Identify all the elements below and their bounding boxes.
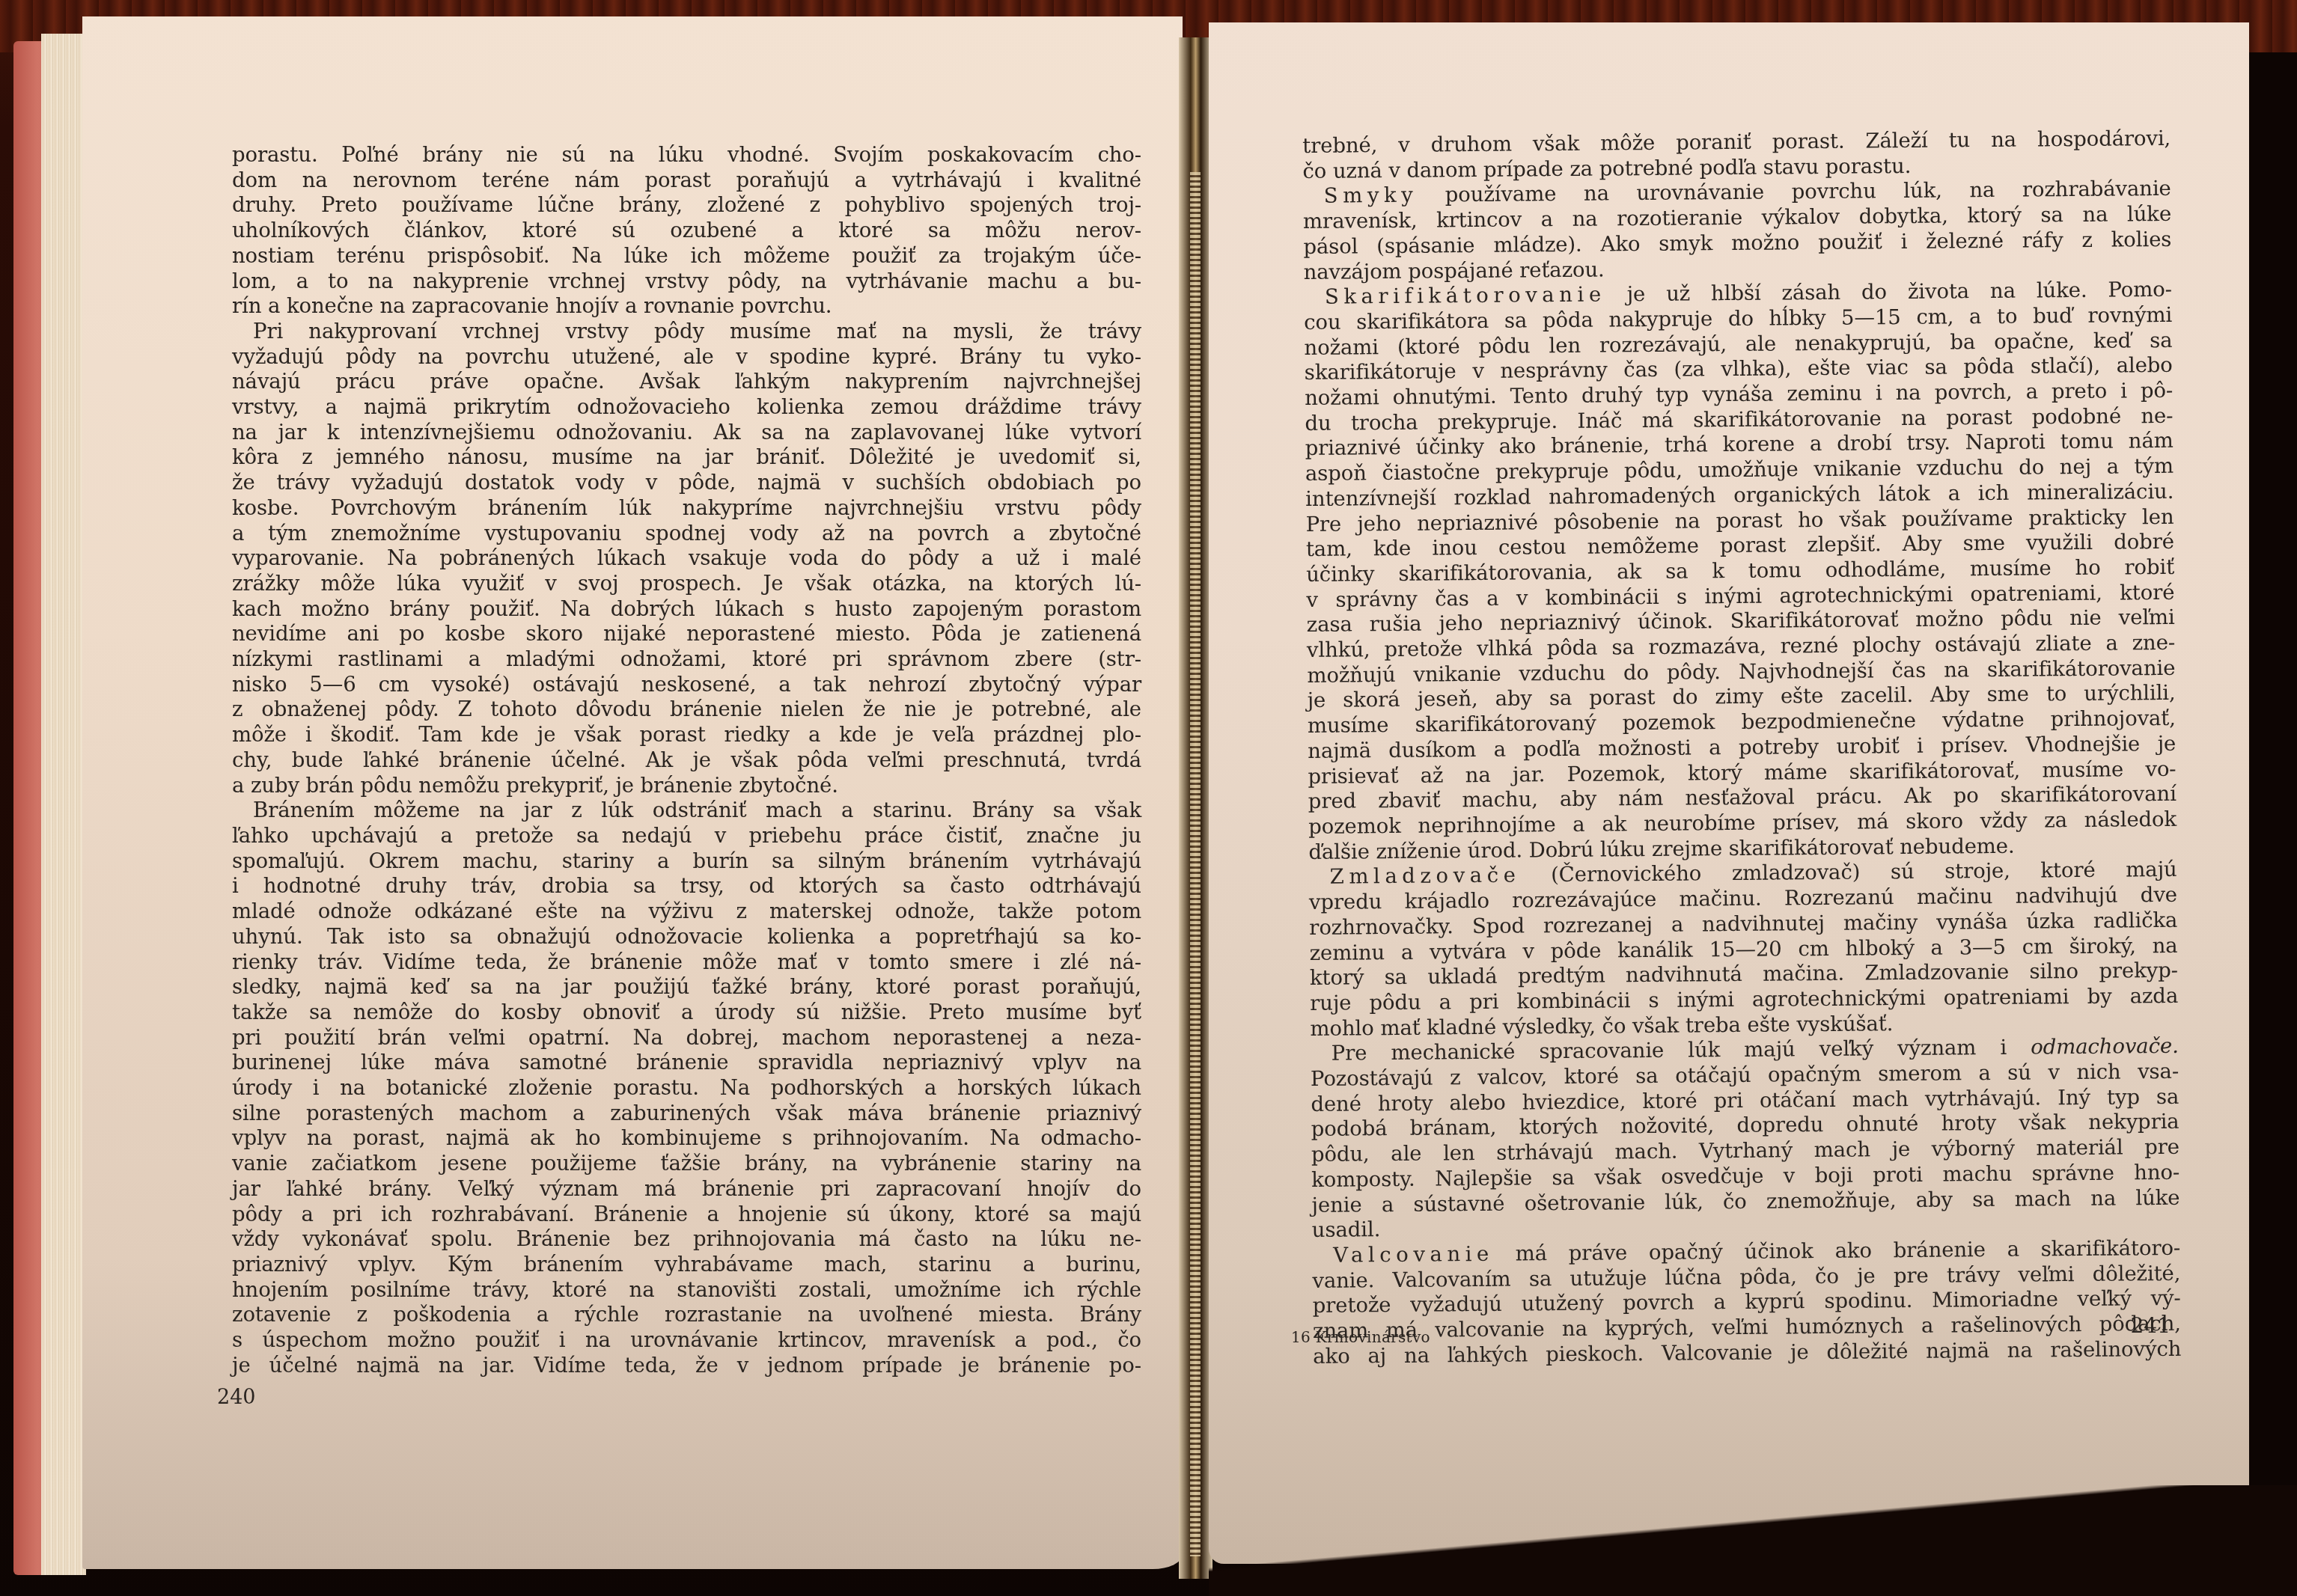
line-text: vanie začiatkom jesene použijeme ťažšie … <box>232 1151 1141 1175</box>
text-line: pôdy a pri ich rozhrabávaní. Bránenie a … <box>232 1202 1141 1227</box>
text-line: vanie začiatkom jesene použijeme ťažšie … <box>232 1151 1141 1176</box>
text-line: zotavenie z poškodenia a rýchle rozrasta… <box>232 1302 1141 1327</box>
line-text: druhy. Preto používame lúčne brány, zlož… <box>232 192 1141 217</box>
line-text: je už hlbší zásah do života na lúke. Pom… <box>1606 277 2172 307</box>
line-text: rienky tráv. Vidíme teda, že bránenie mô… <box>232 950 1141 974</box>
text-line: rín a konečne na zapracovanie hnojív a r… <box>232 293 1141 319</box>
line-text: lom, a to na nakyprenie vrchnej vrstvy p… <box>232 269 1141 293</box>
line-text: zrážky môže lúka využiť v svoj prospech.… <box>232 571 1141 596</box>
line-text: že trávy vyžadujú dostatok vody v pôde, … <box>232 470 1141 495</box>
line-text: nisko 5—6 cm vysoké) ostávajú neskosené,… <box>232 672 1141 697</box>
line-text: burinenej lúke máva samotné bránenie spr… <box>232 1050 1141 1074</box>
line-text: na jar k intenzívnejšiemu odnožovaniu. A… <box>232 420 1141 444</box>
line-text: a tým znemožníme vystupovaniu spodnej vo… <box>232 521 1141 545</box>
text-line: že trávy vyžadujú dostatok vody v pôde, … <box>232 470 1141 495</box>
page-number-left: 240 <box>217 1386 256 1409</box>
line-text: uhynú. Tak isto sa obnažujú odnožovacie … <box>232 924 1141 949</box>
page-stack-edges <box>41 34 86 1575</box>
text-line: je účelné najmä na jar. Vidíme teda, že … <box>232 1353 1141 1378</box>
text-line: nisko 5—6 cm vysoké) ostávajú neskosené,… <box>232 672 1141 697</box>
text-line: porastu. Poľné brány nie sú na lúku vhod… <box>232 142 1141 168</box>
line-text: kôra z jemného nánosu, musíme na jar brá… <box>232 444 1141 469</box>
line-text: porastu. Poľné brány nie sú na lúku vhod… <box>232 142 1141 167</box>
right-page: trebné, v druhom však môže poraniť poras… <box>1209 22 2249 1564</box>
line-text: môže i škodiť. Tam kde je však porast ri… <box>232 722 1141 747</box>
text-line: burinenej lúke máva samotné bránenie spr… <box>232 1050 1141 1075</box>
line-text: priaznivý vplyv. Kým bránením vyhrabávam… <box>232 1252 1141 1277</box>
right-page-body: trebné, v druhom však môže poraniť poras… <box>1302 126 2181 1369</box>
line-text: vplyv na porast, najmä ak ho kombinujeme… <box>232 1125 1141 1150</box>
text-line: silne porastených machom a zaburinených … <box>232 1101 1141 1126</box>
page-number-right: 241 <box>2131 1313 2171 1338</box>
text-line: Pri nakyprovaní vrchnej vrstvy pôdy musí… <box>232 319 1141 344</box>
background-shadow <box>2249 52 2297 1596</box>
line-text: jar ľahké brány. Veľký význam má bráneni… <box>232 1176 1141 1201</box>
text-line: lom, a to na nakyprenie vrchnej vrstvy p… <box>232 269 1141 294</box>
text-line: pri použití brán veľmi opatrní. Na dobre… <box>232 1025 1141 1051</box>
text-line: uhynú. Tak isto sa obnažujú odnožovacie … <box>232 924 1141 950</box>
line-text: Bránením môžeme na jar z lúk odstrániť m… <box>253 798 1141 822</box>
text-line: rienky tráv. Vidíme teda, že bránenie mô… <box>232 950 1141 975</box>
text-line: spomaľujú. Okrem machu, stariny a burín … <box>232 849 1141 874</box>
signature-mark: 16 Krmovinárstvo <box>1291 1328 1430 1346</box>
text-line: vrstvy, a najmä prikrytím odnožovacieho … <box>232 394 1141 420</box>
line-text: dom na nerovnom teréne nám porast poraňu… <box>232 168 1141 192</box>
line-text: kach možno brány použiť. Na dobrých lúka… <box>232 596 1141 621</box>
line-text: vyparovanie. Na pobránených lúkach vsaku… <box>232 545 1141 570</box>
line-text: ľahko upchávajú a pretože sa nedajú v pr… <box>232 823 1141 848</box>
text-line: zrážky môže lúka využiť v svoj prospech.… <box>232 571 1141 596</box>
line-text: úrody i na botanické zloženie porastu. N… <box>232 1075 1141 1100</box>
line-text: navzájom pospájané reťazou. <box>1303 257 1604 284</box>
text-line: jar ľahké brány. Veľký význam má bráneni… <box>232 1176 1141 1202</box>
spaced-term: Zmladzovače <box>1330 863 1521 889</box>
text-line: návajú prácu práve opačne. Avšak ľahkým … <box>232 369 1141 394</box>
line-text: zotavenie z poškodenia a rýchle rozrasta… <box>232 1302 1141 1327</box>
text-line: úrody i na botanické zloženie porastu. N… <box>232 1075 1141 1101</box>
line-text: návajú prácu práve opačne. Avšak ľahkým … <box>232 369 1141 394</box>
text-line: vždy vykonávať spolu. Bránenie bez prihn… <box>232 1226 1141 1252</box>
line-text: nostiam terénu prispôsobiť. Na lúke ich … <box>232 243 1141 268</box>
line-text: vždy vykonávať spolu. Bránenie bez prihn… <box>232 1226 1141 1251</box>
text-line: vyžadujú pôdy na povrchu utužené, ale v … <box>232 344 1141 370</box>
text-line: a zuby brán pôdu nemôžu prekypriť, je br… <box>232 773 1141 798</box>
text-line: s úspechom možno použiť i na urovnávanie… <box>232 1327 1141 1353</box>
line-text: chy, bude ľahké bránenie účelné. Ak je v… <box>232 747 1141 772</box>
text-line: z obnaženej pôdy. Z tohoto dôvodu bránen… <box>232 697 1141 722</box>
spaced-term: Valcovanie <box>1333 1241 1494 1268</box>
line-text: vyžadujú pôdy na povrchu utužené, ale v … <box>232 344 1141 369</box>
text-line: a tým znemožníme vystupovaniu spodnej vo… <box>232 521 1141 546</box>
text-line: sledky, najmä keď sa na jar použijú ťažk… <box>232 974 1141 1000</box>
text-line: dom na nerovnom teréne nám porast poraňu… <box>232 168 1141 193</box>
line-text: silne porastených machom a zaburinených … <box>232 1101 1141 1125</box>
text-line: priaznivý vplyv. Kým bránením vyhrabávam… <box>232 1252 1141 1277</box>
bottom-shadow <box>1209 1485 2297 1596</box>
text-line: ľahko upchávajú a pretože sa nedajú v pr… <box>232 823 1141 849</box>
text-line: na jar k intenzívnejšiemu odnožovaniu. A… <box>232 420 1141 445</box>
line-text: takže sa nemôže do kosby obnoviť a úrody… <box>232 1000 1141 1024</box>
italic-term: odmachovače. <box>2031 1033 2179 1060</box>
text-line: i hodnotné druhy tráv, drobia sa trsy, o… <box>232 873 1141 899</box>
line-text: pri použití brán veľmi opatrní. Na dobre… <box>232 1025 1141 1050</box>
text-line: uholníkových článkov, ktoré sú ozubené a… <box>232 218 1141 243</box>
spaced-term: Smyky <box>1324 183 1418 208</box>
text-line: kosbe. Povrchovým bránením lúk nakypríme… <box>232 495 1141 521</box>
line-text: spomaľujú. Okrem machu, stariny a burín … <box>232 849 1141 873</box>
text-line: takže sa nemôže do kosby obnoviť a úrody… <box>232 1000 1141 1025</box>
text-line: chy, bude ľahké bránenie účelné. Ak je v… <box>232 747 1141 773</box>
line-text: s úspechom možno použiť i na urovnávanie… <box>232 1327 1141 1352</box>
line-text: pôdy a pri ich rozhrabávaní. Bránenie a … <box>232 1202 1141 1226</box>
line-text: i hodnotné druhy tráv, drobia sa trsy, o… <box>232 873 1141 898</box>
text-line: nízkymi rastlinami a mladými odnožami, k… <box>232 646 1141 672</box>
text-line: Bránením môžeme na jar z lúk odstrániť m… <box>232 798 1141 823</box>
line-text: nízkymi rastlinami a mladými odnožami, k… <box>232 646 1141 671</box>
line-text: Pri nakyprovaní vrchnej vrstvy pôdy musí… <box>253 319 1141 343</box>
line-text: nevidíme ani po kosbe skoro nijaké nepor… <box>232 621 1141 646</box>
line-text: je účelné najmä na jar. Vidíme teda, že … <box>232 1353 1141 1378</box>
left-page: porastu. Poľné brány nie sú na lúku vhod… <box>82 16 1183 1569</box>
line-text: vrstvy, a najmä prikrytím odnožovacieho … <box>232 394 1141 419</box>
line-text: uholníkových článkov, ktoré sú ozubené a… <box>232 218 1141 242</box>
text-line: nevidíme ani po kosbe skoro nijaké nepor… <box>232 621 1141 646</box>
text-line: vyparovanie. Na pobránených lúkach vsaku… <box>232 545 1141 571</box>
text-line: hnojením posilníme trávy, ktoré na stano… <box>232 1277 1141 1303</box>
text-line: môže i škodiť. Tam kde je však porast ri… <box>232 722 1141 747</box>
text-line: druhy. Preto používame lúčne brány, zlož… <box>232 192 1141 218</box>
text-line: mladé odnože odkázané ešte na výživu z m… <box>232 899 1141 924</box>
line-text: a zuby brán pôdu nemôžu prekypriť, je br… <box>232 773 838 798</box>
line-text: mladé odnože odkázané ešte na výživu z m… <box>232 899 1141 923</box>
text-line: nostiam terénu prispôsobiť. Na lúke ich … <box>232 243 1141 269</box>
text-line: vplyv na porast, najmä ak ho kombinujeme… <box>232 1125 1141 1151</box>
left-page-body: porastu. Poľné brány nie sú na lúku vhod… <box>232 142 1141 1378</box>
spaced-term: Skarifikátorovanie <box>1325 282 1606 309</box>
line-text: z obnaženej pôdy. Z tohoto dôvodu bránen… <box>232 697 1141 721</box>
line-text: sledky, najmä keď sa na jar použijú ťažk… <box>232 974 1141 999</box>
line-text: kosbe. Povrchovým bránením lúk nakypríme… <box>232 495 1141 520</box>
text-line: kach možno brány použiť. Na dobrých lúka… <box>232 596 1141 622</box>
binding-stitching <box>1190 172 1201 1556</box>
line-text: usadil. <box>1312 1217 1381 1242</box>
line-text: rín a konečne na zapracovanie hnojív a r… <box>232 293 832 318</box>
text-line: kôra z jemného nánosu, musíme na jar brá… <box>232 444 1141 470</box>
line-text: hnojením posilníme trávy, ktoré na stano… <box>232 1277 1141 1302</box>
